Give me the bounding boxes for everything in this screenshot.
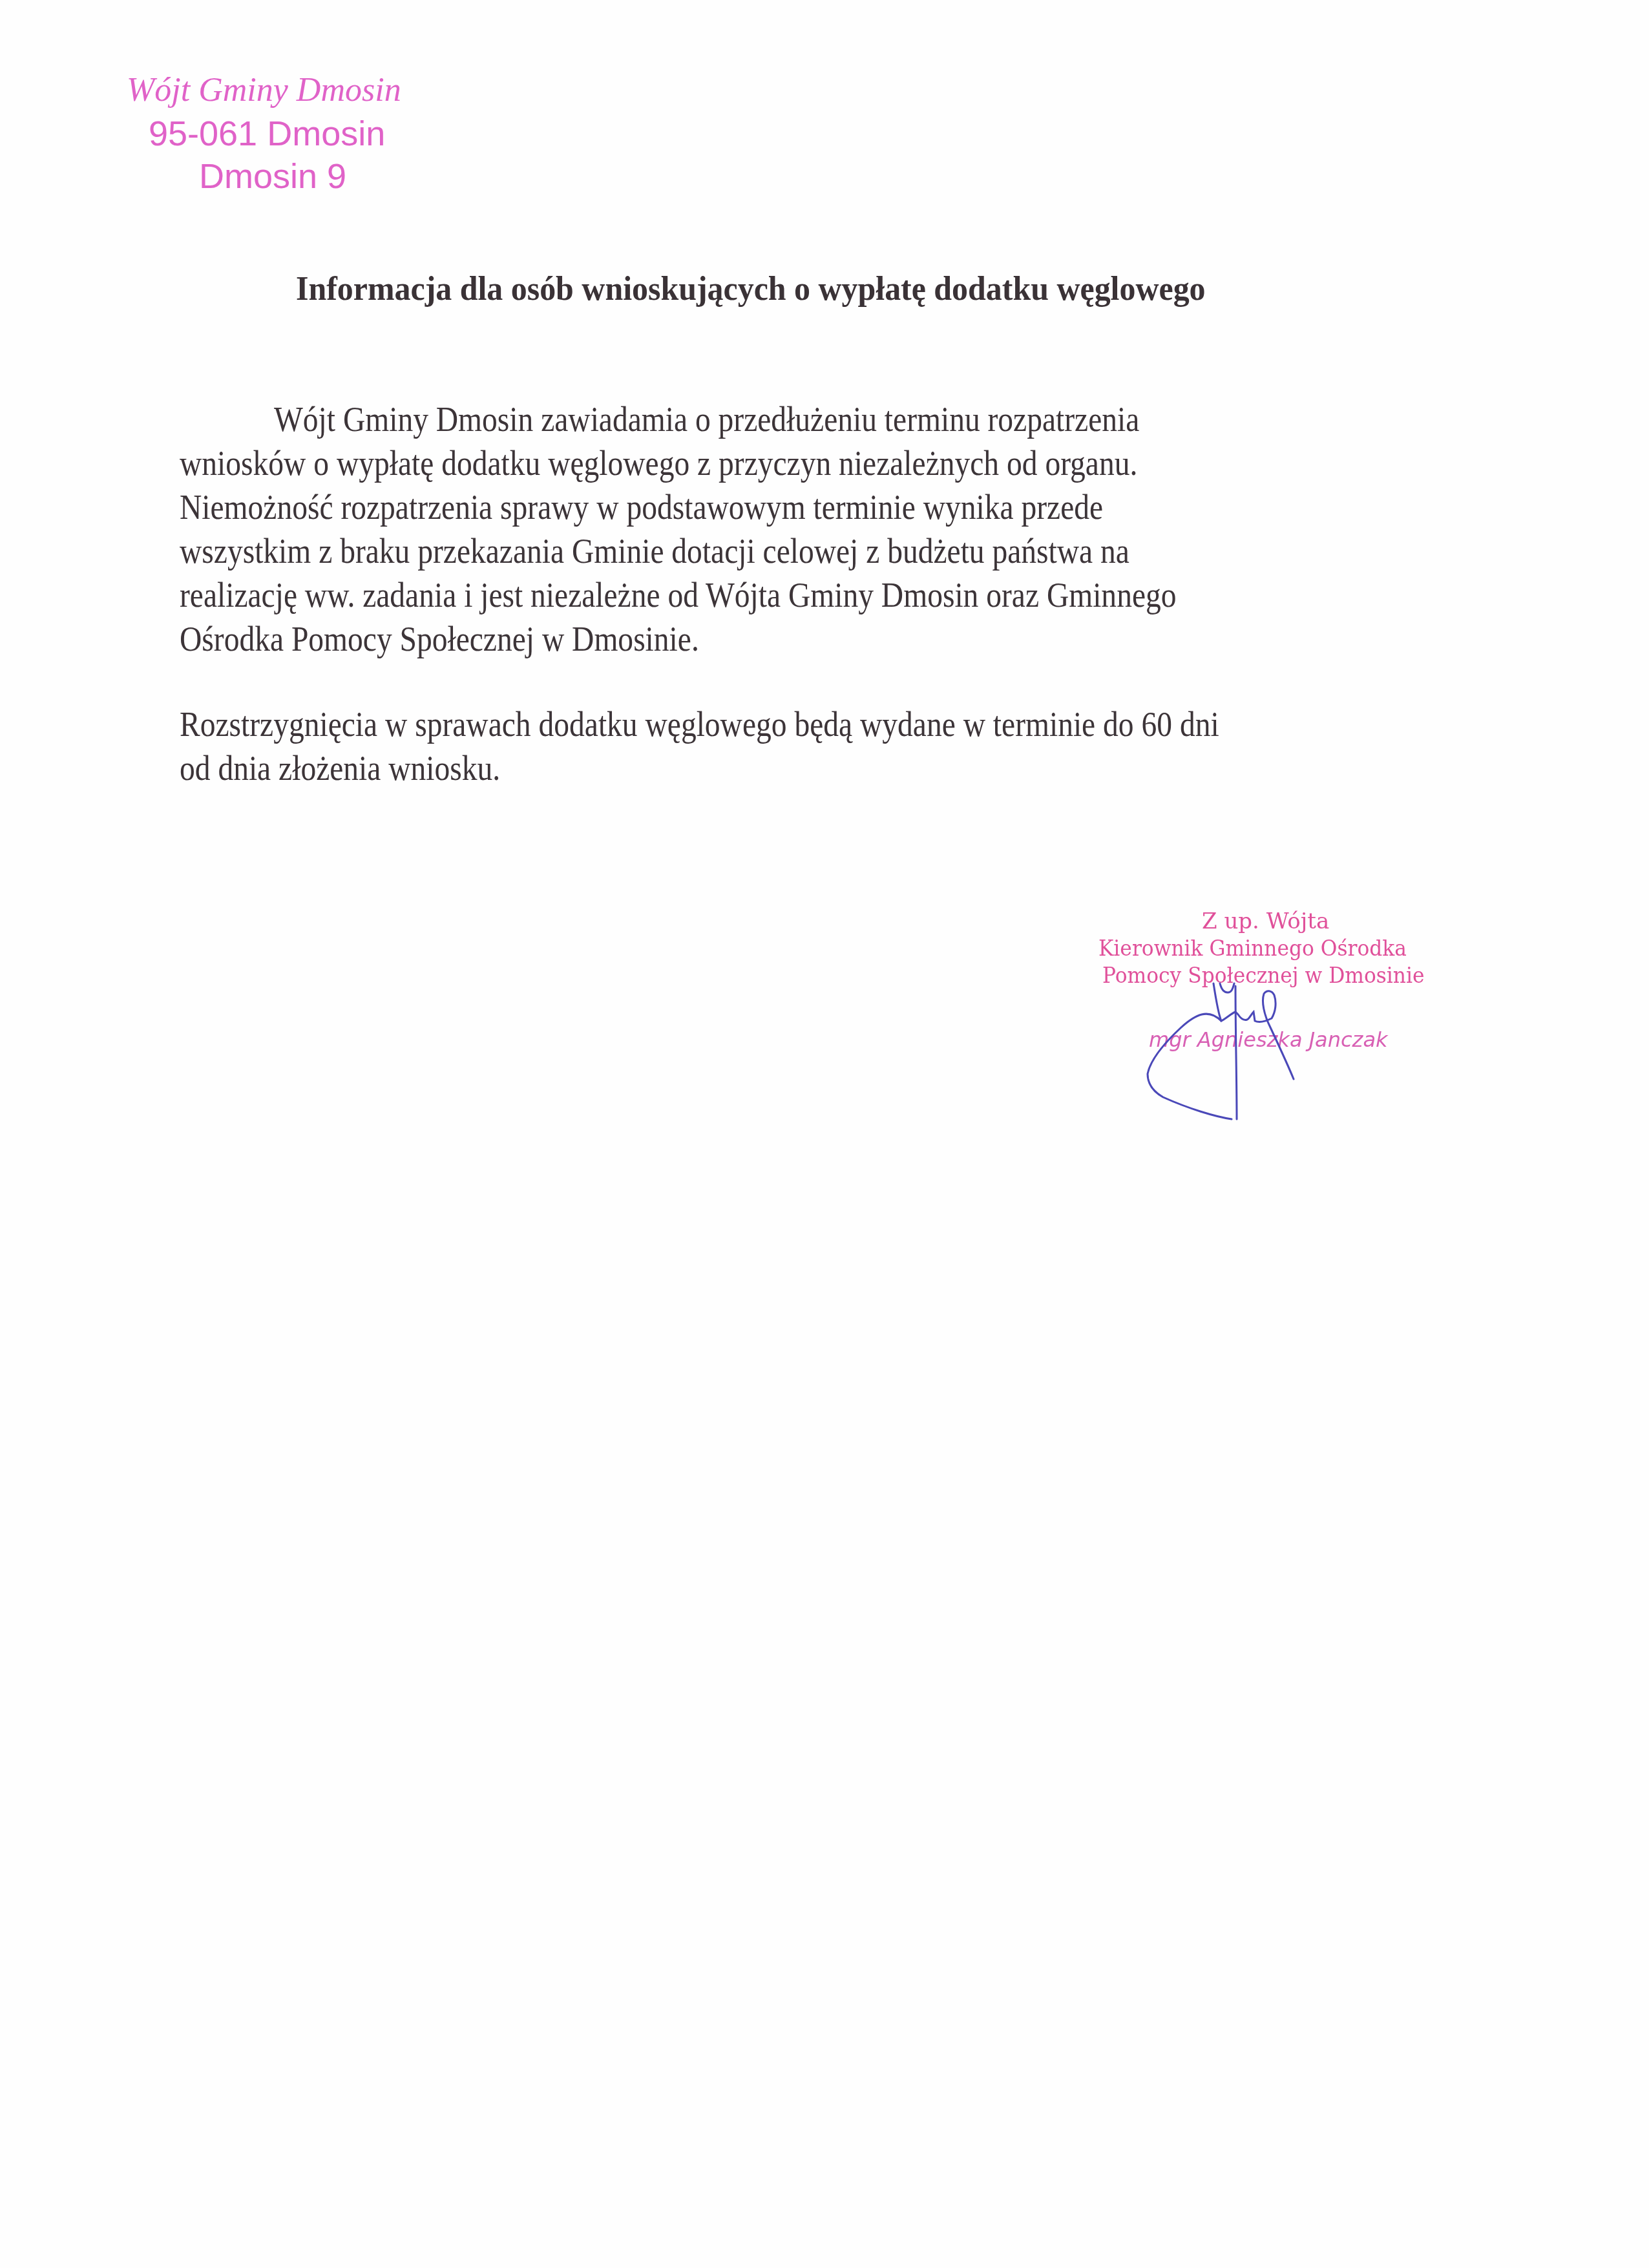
stamp-line-postcode: 95-061 Dmosin (149, 114, 385, 154)
paragraph-2-line-2: od dnia złożenia wniosku. (180, 748, 500, 788)
paragraph-1-line-6: Ośrodka Pomocy Społecznej w Dmosinie. (180, 619, 699, 659)
paragraph-1-line-3: Niemożność rozpatrzenia sprawy w podstaw… (180, 487, 1103, 527)
paragraph-1-line-4: wszystkim z braku przekazania Gminie dot… (180, 531, 1129, 571)
stamp-line-office: Wójt Gminy Dmosin (127, 71, 401, 109)
paragraph-2-line-1: Rozstrzygnięcia w sprawach dodatku węglo… (180, 704, 1219, 744)
handwritten-signature-icon (1066, 892, 1486, 1137)
stamp-line-address: Dmosin 9 (199, 156, 346, 196)
paragraph-1-line-5: realizację ww. zadania i jest niezależne… (180, 575, 1177, 615)
document-page: Wójt Gminy Dmosin 95-061 Dmosin Dmosin 9… (0, 0, 1649, 2268)
paragraph-1-line-2: wniosków o wypłatę dodatku węglowego z p… (180, 443, 1137, 483)
document-title: Informacja dla osób wnioskujących o wypł… (296, 270, 1206, 308)
paragraph-1-line-1: Wójt Gminy Dmosin zawiadamia o przedłuże… (274, 399, 1139, 439)
